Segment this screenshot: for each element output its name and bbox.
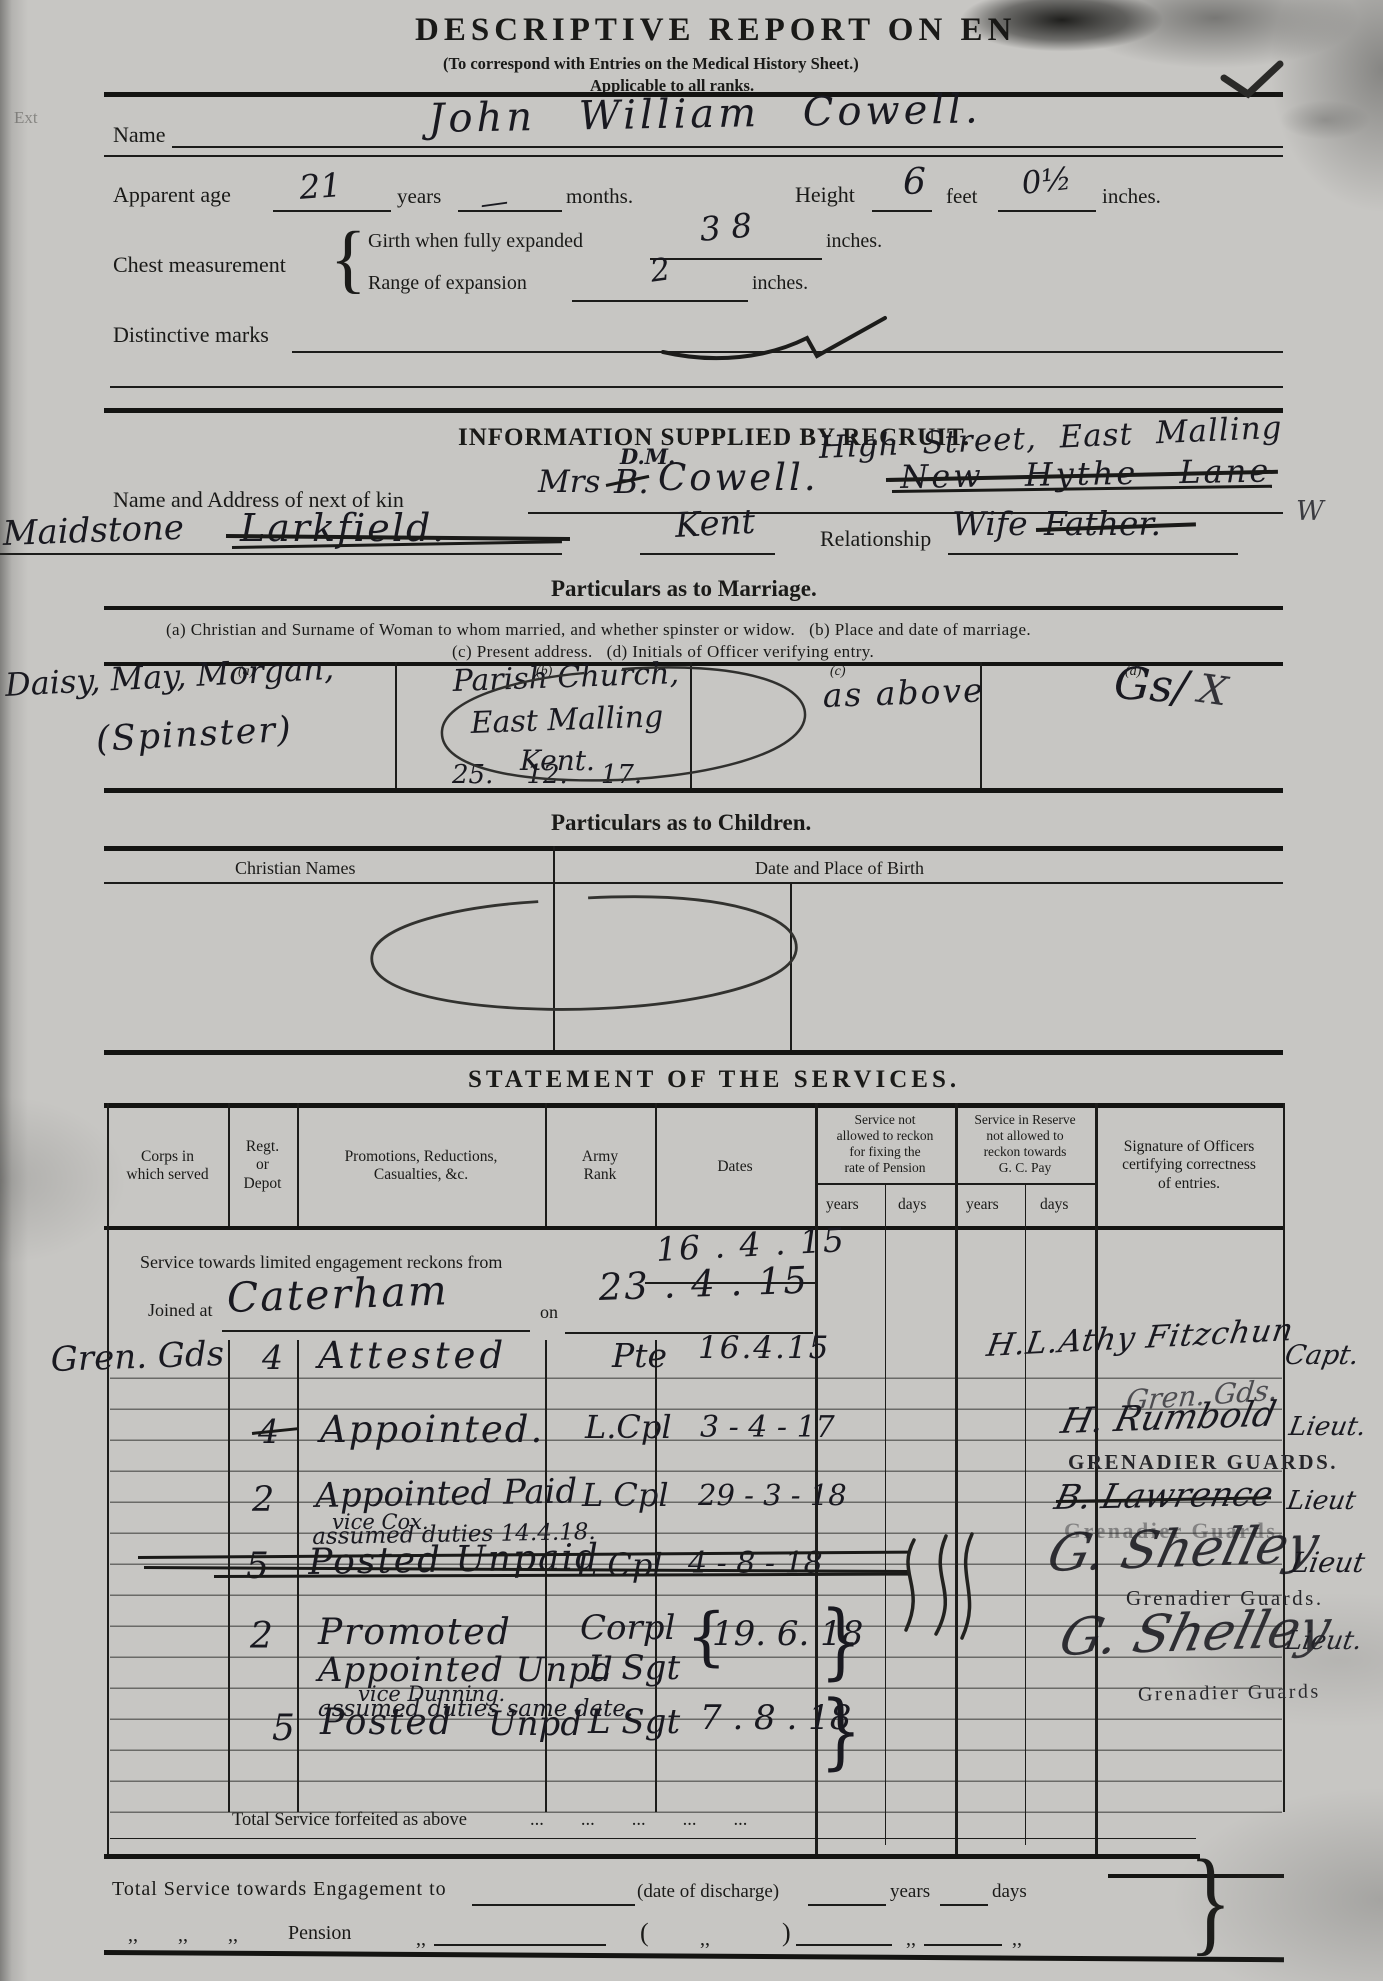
row4-signature: G. Shelley bbox=[1042, 1515, 1324, 1584]
total-forfeited-underline bbox=[110, 1838, 1196, 1839]
rule-section-thick bbox=[104, 408, 1283, 413]
kin2-underline-c bbox=[948, 553, 1238, 555]
height-label: Height bbox=[795, 182, 855, 208]
marriage-officer-initials: Gs/ bbox=[1112, 656, 1190, 714]
inches-label: inches. bbox=[1102, 184, 1161, 209]
row5-promo: Promoted bbox=[318, 1612, 512, 1653]
engagement-label: Total Service towards Engagement to bbox=[112, 1878, 447, 1901]
kin2-underline-a bbox=[0, 553, 562, 555]
age-months-value: — bbox=[478, 184, 510, 221]
services-col-reserve: Service in Reserve not allowed to reckon… bbox=[955, 1112, 1095, 1176]
months-label: months. bbox=[566, 184, 633, 209]
pension-days-label: days bbox=[898, 1196, 926, 1214]
kin-surname: Cowell. bbox=[658, 456, 819, 499]
form-subtitle-1: (To correspond with Entries on the Medic… bbox=[443, 54, 859, 74]
row1-date: 16.4.15 bbox=[698, 1330, 830, 1366]
services-divider-promo bbox=[545, 1103, 547, 1226]
girth-unit: inches. bbox=[826, 230, 882, 253]
row5-signature-rank: Lieut. bbox=[1283, 1626, 1365, 1656]
row2-signature-rank: Lieut. bbox=[1287, 1412, 1369, 1442]
marriage-note-1: (a) Christian and Surname of Woman to wh… bbox=[166, 620, 1031, 640]
height-inches-underline bbox=[998, 210, 1096, 212]
marriage-officer-mark: X bbox=[1196, 666, 1231, 716]
children-rule-top bbox=[104, 846, 1283, 851]
total-forfeited-label: Total Service forfeited as above bbox=[232, 1810, 467, 1831]
services-divider-rank bbox=[655, 1103, 657, 1226]
pension-ditto-5: ,, bbox=[700, 1928, 710, 1951]
pen-scribble-marriage bbox=[425, 655, 825, 795]
girth-label: Girth when fully expanded bbox=[368, 230, 583, 253]
total-forfeited-dots: ... ... ... ... ... bbox=[530, 1810, 747, 1831]
services-col-promotions: Promotions, Reductions, Casualties, &c. bbox=[297, 1148, 545, 1185]
row6-promo2: Unpd bbox=[488, 1704, 582, 1744]
document-page: DESCRIPTIVE REPORT ON EN (To correspond … bbox=[0, 0, 1383, 1981]
pension-ditto-6: ,, bbox=[906, 1928, 916, 1951]
pension-ditto-7: ,, bbox=[1012, 1928, 1022, 1951]
row2-rank: L.Cpl bbox=[585, 1408, 672, 1446]
row5-regt: 2 bbox=[250, 1616, 273, 1657]
engagement-years-label: years bbox=[890, 1881, 930, 1903]
pension-ditto-2: ,, bbox=[178, 1924, 188, 1947]
expansion-value: 2 bbox=[648, 251, 673, 289]
pen-scribble-row4 bbox=[884, 1532, 994, 1642]
marks-label: Distinctive marks bbox=[113, 322, 269, 348]
pen-check-top-right bbox=[1218, 56, 1288, 102]
row3-signature-rank: Lieut bbox=[1285, 1486, 1358, 1516]
row6-rank: L Sgt bbox=[588, 1702, 680, 1742]
expansion-underline bbox=[572, 300, 748, 302]
pension-years-label: years bbox=[826, 1196, 859, 1214]
marriage-wife-status: (Spinster) bbox=[95, 710, 294, 760]
joined-place-underline bbox=[222, 1330, 530, 1332]
kin-prefix: Mrs bbox=[538, 464, 600, 500]
row1-promo: Attested bbox=[318, 1334, 507, 1377]
expansion-unit: inches. bbox=[752, 272, 808, 295]
row6-brace-close: } bbox=[820, 1684, 862, 1779]
footer-rule-bottom bbox=[104, 1950, 1284, 1962]
reserve-days-label: days bbox=[1040, 1196, 1068, 1214]
height-inches-value: 0½ bbox=[1020, 161, 1073, 202]
row5-rank: Corpl bbox=[580, 1608, 675, 1648]
services-title: STATEMENT OF THE SERVICES. bbox=[468, 1066, 960, 1094]
expansion-label: Range of expansion bbox=[368, 272, 527, 295]
joined-label: Joined at bbox=[148, 1300, 213, 1321]
height-feet-value: 6 bbox=[903, 162, 926, 203]
pension-underline-1 bbox=[434, 1944, 606, 1946]
row5-unit-stamp: Grenadier Guards bbox=[1138, 1680, 1321, 1706]
row2-signature: H. Rumbold bbox=[1057, 1395, 1279, 1442]
relationship-label: Relationship bbox=[820, 526, 931, 552]
name-label: Name bbox=[113, 122, 166, 148]
age-years-underline bbox=[273, 210, 391, 212]
form-title: DESCRIPTIVE REPORT ON EN bbox=[415, 12, 1016, 49]
footer-brace: } bbox=[1189, 1842, 1231, 1960]
services-divider-regt bbox=[297, 1103, 299, 1226]
pension-ditto-4: ,, bbox=[416, 1928, 426, 1951]
girth-value: 3 8 bbox=[698, 205, 754, 248]
row2-unit-stamp: GRENADIER GUARDS. bbox=[1068, 1450, 1338, 1475]
marriage-present-address: as above bbox=[822, 670, 985, 715]
marriage-rule-bottom bbox=[104, 788, 1283, 793]
name-value: John William Cowell. bbox=[428, 86, 982, 142]
services-rule-bottom bbox=[104, 1854, 1200, 1859]
services-col-dates: Dates bbox=[655, 1158, 815, 1176]
pension-underline-3 bbox=[924, 1944, 1002, 1946]
marriage-title: Particulars as to Marriage. bbox=[551, 576, 817, 602]
services-col-rank: Army Rank bbox=[545, 1148, 655, 1185]
pension-ditto-3: ,, bbox=[228, 1924, 238, 1947]
row6-regt: 5 bbox=[272, 1708, 295, 1749]
engagement-days-label: days bbox=[992, 1881, 1027, 1903]
row1-regt: 4 bbox=[262, 1338, 283, 1377]
reserve-years-label: years bbox=[966, 1196, 999, 1214]
pen-scribble-children bbox=[350, 882, 820, 1022]
children-rule-bottom bbox=[104, 1050, 1283, 1055]
row6-promo: Posted bbox=[320, 1702, 454, 1743]
on-label: on bbox=[540, 1302, 558, 1323]
marriage-divider-1 bbox=[395, 662, 397, 790]
pension-paren-close: ) bbox=[782, 1918, 791, 1948]
age-years-value: 21 bbox=[298, 165, 343, 207]
row5-rank-line2: L Sgt bbox=[588, 1648, 680, 1688]
children-title: Particulars as to Children. bbox=[551, 810, 811, 836]
margin-mark-w: W bbox=[1296, 496, 1324, 527]
relationship-value: Wife bbox=[952, 504, 1028, 543]
chest-brace: { bbox=[330, 216, 366, 303]
services-rule-top bbox=[104, 1103, 1283, 1108]
engagement-underline-1 bbox=[472, 1904, 635, 1906]
row3-date: 29 - 3 - 18 bbox=[698, 1478, 847, 1512]
services-col-pension: Service not allowed to reckon for fixing… bbox=[815, 1112, 955, 1176]
kin-county: Kent bbox=[674, 502, 756, 546]
row3-rank: L Cpl bbox=[582, 1476, 669, 1514]
pension-underline-2 bbox=[796, 1944, 892, 1946]
row1-rank: Pte bbox=[612, 1336, 667, 1375]
row2-date: 3 - 4 - 17 bbox=[700, 1410, 835, 1445]
feet-label: feet bbox=[946, 184, 977, 209]
age-label: Apparent age bbox=[113, 182, 231, 208]
row4-signature-rank: Lieut bbox=[1288, 1546, 1367, 1579]
girth-underline bbox=[650, 258, 822, 260]
height-feet-underline bbox=[872, 210, 932, 212]
engagement-underline-2 bbox=[808, 1904, 886, 1906]
row1-signature-rank: Capt. bbox=[1283, 1340, 1362, 1371]
name-underline bbox=[172, 146, 1283, 148]
row1-corps: Gren. Gds bbox=[50, 1334, 225, 1380]
discharge-label: (date of discharge) bbox=[637, 1881, 779, 1903]
row2-promo: Appointed. bbox=[320, 1408, 544, 1451]
children-col-birth: Date and Place of Birth bbox=[755, 858, 924, 879]
age-months-underline bbox=[458, 210, 562, 212]
services-border-left bbox=[107, 1103, 109, 1856]
pension-label: Pension bbox=[288, 1922, 351, 1945]
margin-note-ext: Ext bbox=[14, 108, 38, 128]
years-label: years bbox=[397, 184, 441, 209]
rule-section-thin bbox=[110, 386, 1283, 388]
children-col-names: Christian Names bbox=[235, 858, 355, 879]
pen-tick-marks bbox=[655, 310, 895, 370]
name-underline-2 bbox=[104, 155, 1283, 157]
services-col-signature: Signature of Officers certifying correct… bbox=[1095, 1138, 1283, 1193]
pension-ditto-1: ,, bbox=[128, 1924, 138, 1947]
kin-town: Maidstone bbox=[2, 508, 185, 554]
marriage-wife-name: Daisy, May, Morgan, bbox=[4, 649, 335, 704]
engagement-underline-3 bbox=[940, 1904, 988, 1906]
joined-date: 23 . 4 . 15 bbox=[598, 1259, 810, 1309]
services-divider-corps bbox=[228, 1103, 230, 1226]
joined-place: Caterham bbox=[226, 1266, 449, 1322]
services-col-regt: Regt. or Depot bbox=[228, 1138, 297, 1193]
row5-brace-close: } bbox=[820, 1594, 862, 1689]
kin-underline bbox=[528, 512, 1283, 514]
marriage-rule-top bbox=[104, 606, 1283, 610]
chest-label: Chest measurement bbox=[113, 252, 286, 278]
pension-paren-open: ( bbox=[640, 1918, 649, 1948]
services-col-corps: Corps in which served bbox=[107, 1148, 228, 1185]
row3-regt: 2 bbox=[252, 1480, 274, 1520]
kin2-underline-b bbox=[640, 553, 775, 555]
